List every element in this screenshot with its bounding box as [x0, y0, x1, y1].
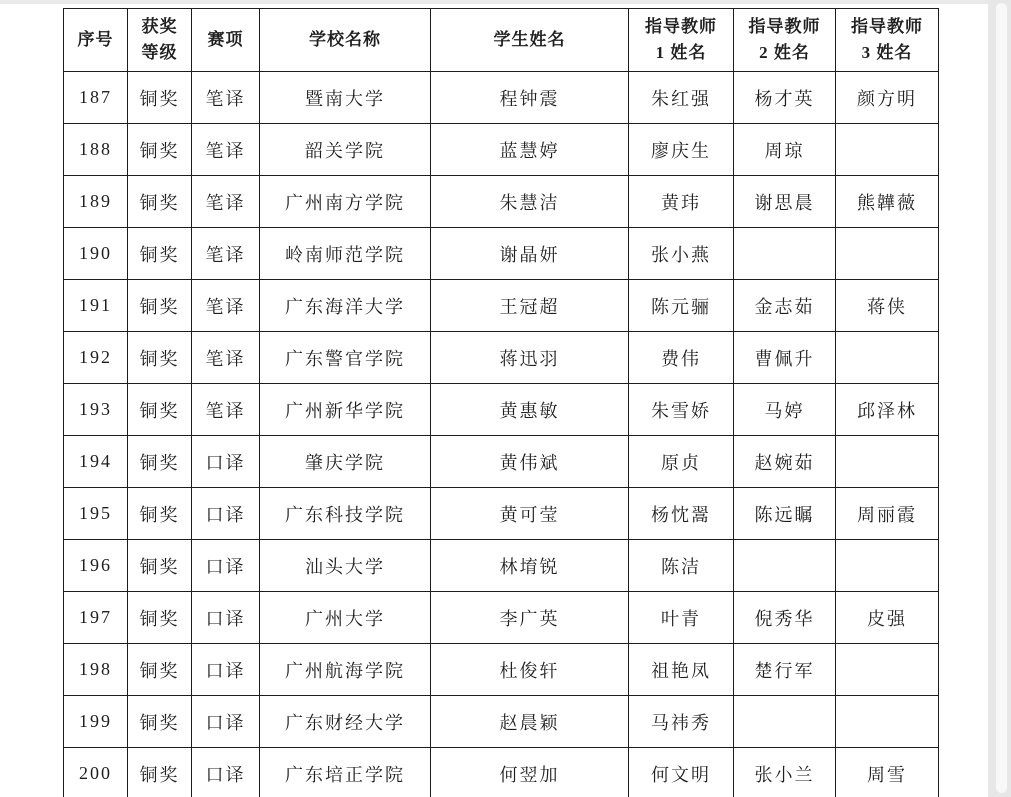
- table-row: 196铜奖口译汕头大学林堉锐陈洁: [64, 540, 939, 592]
- table-row: 200铜奖口译广东培正学院何翌加何文明张小兰周雪: [64, 748, 939, 797]
- table-cell: 笔译: [192, 228, 260, 280]
- scrollbar-track[interactable]: [988, 0, 1011, 797]
- table-cell: 笔译: [192, 176, 260, 228]
- table-row: 199铜奖口译广东财经大学赵晨颖马祎秀: [64, 696, 939, 748]
- table-cell: 200: [64, 748, 128, 797]
- table-row: 197铜奖口译广州大学李广英叶青倪秀华皮强: [64, 592, 939, 644]
- table-row: 194铜奖口译肇庆学院黄伟斌原贞赵婉茹: [64, 436, 939, 488]
- table-cell: 暨南大学: [260, 72, 431, 124]
- table-cell: 朱红强: [629, 72, 734, 124]
- header-cell-teacher2: 指导教师 2 姓名: [734, 9, 836, 72]
- table-cell: [836, 540, 939, 592]
- table-cell: 铜奖: [128, 696, 192, 748]
- scrollbar-thumb[interactable]: [996, 3, 1007, 793]
- table-cell: 铜奖: [128, 592, 192, 644]
- table-cell: 194: [64, 436, 128, 488]
- table-cell: 笔译: [192, 332, 260, 384]
- table-body: 187铜奖笔译暨南大学程钟震朱红强杨才英颜方明188铜奖笔译韶关学院蓝慧婷廖庆生…: [64, 72, 939, 797]
- table-cell: 叶青: [629, 592, 734, 644]
- table-cell: 笔译: [192, 124, 260, 176]
- table-cell: 191: [64, 280, 128, 332]
- table-cell: 黄惠敏: [431, 384, 629, 436]
- table-cell: 韶关学院: [260, 124, 431, 176]
- table-cell: 广州航海学院: [260, 644, 431, 696]
- table-cell: [836, 436, 939, 488]
- table-cell: 廖庆生: [629, 124, 734, 176]
- table-cell: 196: [64, 540, 128, 592]
- table-cell: 口译: [192, 436, 260, 488]
- table-cell: 赵婉茹: [734, 436, 836, 488]
- table-cell: 金志茹: [734, 280, 836, 332]
- document-viewer: 序号 获奖 等级 赛项 学校名称 学生姓名 指导教师 1 姓名 指导教师 2 姓…: [0, 0, 1011, 797]
- table-cell: 黄伟斌: [431, 436, 629, 488]
- table-cell: 周雪: [836, 748, 939, 797]
- table-row: 195铜奖口译广东科技学院黄可莹杨忱翯陈远瞩周丽霞: [64, 488, 939, 540]
- table-cell: 皮强: [836, 592, 939, 644]
- table-cell: 铜奖: [128, 124, 192, 176]
- table-cell: 邱泽林: [836, 384, 939, 436]
- table-cell: 195: [64, 488, 128, 540]
- table-cell: 铜奖: [128, 176, 192, 228]
- table-row: 187铜奖笔译暨南大学程钟震朱红强杨才英颜方明: [64, 72, 939, 124]
- table-cell: 铜奖: [128, 436, 192, 488]
- table-cell: 铜奖: [128, 384, 192, 436]
- table-cell: 颜方明: [836, 72, 939, 124]
- table-row: 193铜奖笔译广州新华学院黄惠敏朱雪娇马婷邱泽林: [64, 384, 939, 436]
- table-row: 198铜奖口译广州航海学院杜俊轩祖艳凤楚行军: [64, 644, 939, 696]
- table-cell: 192: [64, 332, 128, 384]
- table-cell: 口译: [192, 592, 260, 644]
- table-cell: 铜奖: [128, 228, 192, 280]
- header-cell-student: 学生姓名: [431, 9, 629, 72]
- table-cell: 楚行军: [734, 644, 836, 696]
- table-cell: 广州大学: [260, 592, 431, 644]
- table-row: 188铜奖笔译韶关学院蓝慧婷廖庆生周琼: [64, 124, 939, 176]
- awards-table: 序号 获奖 等级 赛项 学校名称 学生姓名 指导教师 1 姓名 指导教师 2 姓…: [63, 8, 939, 797]
- table-cell: 曹佩升: [734, 332, 836, 384]
- table-cell: 铜奖: [128, 644, 192, 696]
- table-cell: 口译: [192, 488, 260, 540]
- table-cell: [734, 696, 836, 748]
- table-cell: 190: [64, 228, 128, 280]
- table-cell: 陈元骊: [629, 280, 734, 332]
- table-cell: [734, 228, 836, 280]
- document-page: 序号 获奖 等级 赛项 学校名称 学生姓名 指导教师 1 姓名 指导教师 2 姓…: [0, 4, 988, 797]
- table-cell: 熊韡薇: [836, 176, 939, 228]
- table-cell: 198: [64, 644, 128, 696]
- table-cell: 岭南师范学院: [260, 228, 431, 280]
- table-cell: 何翌加: [431, 748, 629, 797]
- table-cell: 谢晶妍: [431, 228, 629, 280]
- table-cell: 口译: [192, 644, 260, 696]
- table-cell: 肇庆学院: [260, 436, 431, 488]
- table-cell: 祖艳凤: [629, 644, 734, 696]
- header-cell-index: 序号: [64, 9, 128, 72]
- table-cell: 188: [64, 124, 128, 176]
- table-cell: 杜俊轩: [431, 644, 629, 696]
- table-cell: 广州南方学院: [260, 176, 431, 228]
- table-cell: 笔译: [192, 384, 260, 436]
- table-cell: 黄玮: [629, 176, 734, 228]
- table-cell: 197: [64, 592, 128, 644]
- table-cell: 广东海洋大学: [260, 280, 431, 332]
- table-cell: 陈远瞩: [734, 488, 836, 540]
- table-row: 189铜奖笔译广州南方学院朱慧洁黄玮谢思晨熊韡薇: [64, 176, 939, 228]
- header-row: 序号 获奖 等级 赛项 学校名称 学生姓名 指导教师 1 姓名 指导教师 2 姓…: [64, 9, 939, 72]
- table-cell: [836, 124, 939, 176]
- table-cell: 199: [64, 696, 128, 748]
- table-cell: 黄可莹: [431, 488, 629, 540]
- table-cell: 杨才英: [734, 72, 836, 124]
- table-cell: 口译: [192, 748, 260, 797]
- table-cell: 铜奖: [128, 748, 192, 797]
- table-row: 191铜奖笔译广东海洋大学王冠超陈元骊金志茹蒋侠: [64, 280, 939, 332]
- header-cell-school: 学校名称: [260, 9, 431, 72]
- table-cell: 倪秀华: [734, 592, 836, 644]
- table-cell: 189: [64, 176, 128, 228]
- table-cell: 广东科技学院: [260, 488, 431, 540]
- table-cell: 张小兰: [734, 748, 836, 797]
- header-cell-award: 获奖 等级: [128, 9, 192, 72]
- table-cell: [734, 540, 836, 592]
- table-cell: 汕头大学: [260, 540, 431, 592]
- table-cell: 蒋侠: [836, 280, 939, 332]
- header-cell-teacher3: 指导教师 3 姓名: [836, 9, 939, 72]
- table-cell: 马祎秀: [629, 696, 734, 748]
- table-header: 序号 获奖 等级 赛项 学校名称 学生姓名 指导教师 1 姓名 指导教师 2 姓…: [64, 9, 939, 72]
- table-cell: 陈洁: [629, 540, 734, 592]
- table-cell: 笔译: [192, 72, 260, 124]
- table-cell: 周丽霞: [836, 488, 939, 540]
- table-cell: 193: [64, 384, 128, 436]
- table-cell: 187: [64, 72, 128, 124]
- table-cell: 广东培正学院: [260, 748, 431, 797]
- table-cell: 铜奖: [128, 72, 192, 124]
- table-cell: 杨忱翯: [629, 488, 734, 540]
- table-cell: 谢思晨: [734, 176, 836, 228]
- table-cell: 铜奖: [128, 280, 192, 332]
- table-cell: 王冠超: [431, 280, 629, 332]
- table-cell: 李广英: [431, 592, 629, 644]
- table-cell: 铜奖: [128, 540, 192, 592]
- table-cell: 口译: [192, 540, 260, 592]
- table-cell: 铜奖: [128, 332, 192, 384]
- table-cell: 蒋迅羽: [431, 332, 629, 384]
- table-cell: 朱慧洁: [431, 176, 629, 228]
- table-cell: 何文明: [629, 748, 734, 797]
- table-cell: 周琼: [734, 124, 836, 176]
- table-cell: [836, 696, 939, 748]
- table-cell: 原贞: [629, 436, 734, 488]
- table-row: 190铜奖笔译岭南师范学院谢晶妍张小燕: [64, 228, 939, 280]
- table-cell: 口译: [192, 696, 260, 748]
- table-row: 192铜奖笔译广东警官学院蒋迅羽费伟曹佩升: [64, 332, 939, 384]
- table-cell: 广州新华学院: [260, 384, 431, 436]
- header-cell-teacher1: 指导教师 1 姓名: [629, 9, 734, 72]
- header-cell-event: 赛项: [192, 9, 260, 72]
- table-cell: 马婷: [734, 384, 836, 436]
- table-cell: [836, 332, 939, 384]
- table-cell: 笔译: [192, 280, 260, 332]
- table-cell: 广东财经大学: [260, 696, 431, 748]
- table-cell: 费伟: [629, 332, 734, 384]
- table-cell: 蓝慧婷: [431, 124, 629, 176]
- table-cell: 铜奖: [128, 488, 192, 540]
- table-cell: 广东警官学院: [260, 332, 431, 384]
- table-cell: 赵晨颖: [431, 696, 629, 748]
- table-cell: 朱雪娇: [629, 384, 734, 436]
- table-cell: 程钟震: [431, 72, 629, 124]
- table-cell: 林堉锐: [431, 540, 629, 592]
- table-cell: [836, 644, 939, 696]
- table-cell: 张小燕: [629, 228, 734, 280]
- table-cell: [836, 228, 939, 280]
